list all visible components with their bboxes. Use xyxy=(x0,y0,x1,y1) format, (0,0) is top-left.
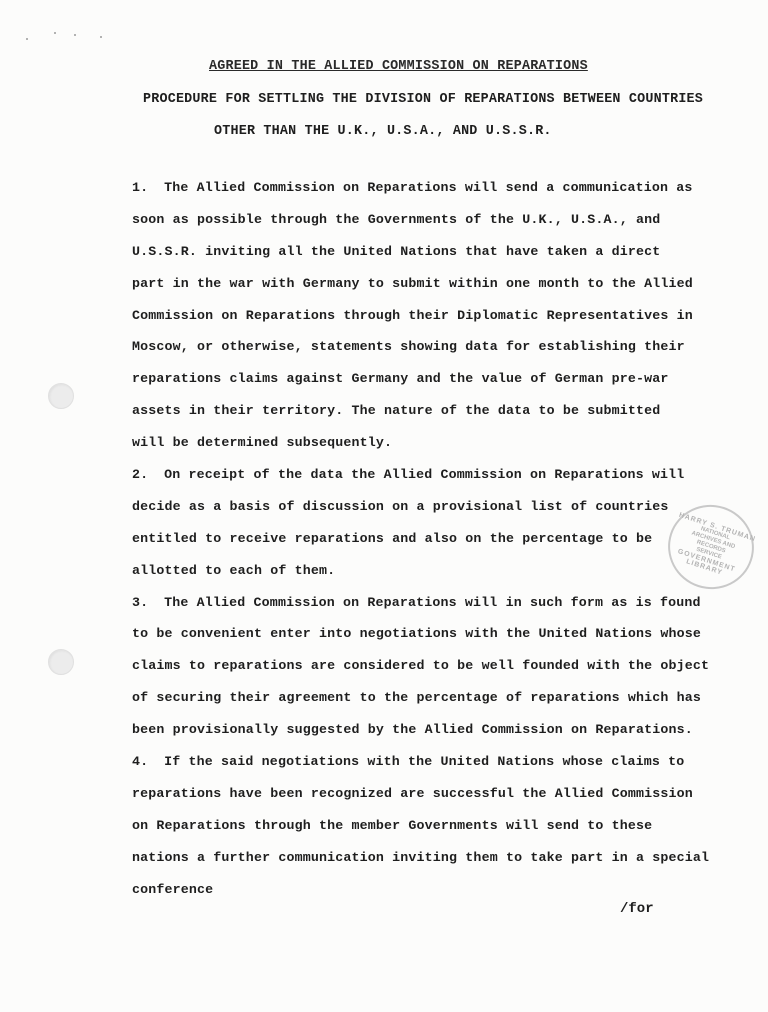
paper-marks xyxy=(24,30,104,50)
punch-hole-bottom xyxy=(48,649,74,675)
text-line: on Reparations through the member Govern… xyxy=(132,810,692,842)
paragraph-2: 2. On receipt of the data the Allied Com… xyxy=(132,459,692,587)
header-title: PROCEDURE FOR SETTLING THE DIVISION OF R… xyxy=(143,92,703,107)
paragraph-number: 2. xyxy=(132,459,156,491)
text-line: Commission on Reparations through their … xyxy=(132,300,692,332)
text-line: soon as possible through the Governments… xyxy=(132,204,692,236)
text-line: reparations claims against Germany and t… xyxy=(132,363,692,395)
text-line: been provisionally suggested by the Alli… xyxy=(132,714,692,746)
header-subtitle: OTHER THAN THE U.K., U.S.A., AND U.S.S.R… xyxy=(214,124,552,139)
text-line: Moscow, or otherwise, statements showing… xyxy=(132,331,692,363)
paragraph-number: 3. xyxy=(132,587,156,619)
text-line: of securing their agreement to the perce… xyxy=(132,682,692,714)
text-line: 2. On receipt of the data the Allied Com… xyxy=(132,459,692,491)
text-line: nations a further communication inviting… xyxy=(132,842,692,874)
continuation-marker: /for xyxy=(620,901,654,917)
paragraph-number: 4. xyxy=(132,746,156,778)
document-body: 1. The Allied Commission on Reparations … xyxy=(132,172,692,905)
text-line: 3. The Allied Commission on Reparations … xyxy=(132,587,692,619)
text-line: U.S.S.R. inviting all the United Nations… xyxy=(132,236,692,268)
text-line: decide as a basis of discussion on a pro… xyxy=(132,491,692,523)
text-line: 1. The Allied Commission on Reparations … xyxy=(132,172,692,204)
paragraph-number: 1. xyxy=(132,172,156,204)
document-page: AGREED IN THE ALLIED COMMISSION ON REPAR… xyxy=(0,0,768,1012)
header-agreed: AGREED IN THE ALLIED COMMISSION ON REPAR… xyxy=(209,59,588,74)
punch-hole-top xyxy=(48,383,74,409)
paragraph-3: 3. The Allied Commission on Reparations … xyxy=(132,587,692,746)
text-line: to be convenient enter into negotiations… xyxy=(132,618,692,650)
text-line: conference xyxy=(132,874,692,906)
paragraph-4: 4. If the said negotiations with the Uni… xyxy=(132,746,692,905)
text-line: will be determined subsequently. xyxy=(132,427,692,459)
text-line: part in the war with Germany to submit w… xyxy=(132,268,692,300)
text-line: entitled to receive reparations and also… xyxy=(132,523,692,555)
paragraph-1: 1. The Allied Commission on Reparations … xyxy=(132,172,692,459)
text-line: 4. If the said negotiations with the Uni… xyxy=(132,746,692,778)
text-line: assets in their territory. The nature of… xyxy=(132,395,692,427)
text-line: reparations have been recognized are suc… xyxy=(132,778,692,810)
text-line: allotted to each of them. xyxy=(132,555,692,587)
text-line: claims to reparations are considered to … xyxy=(132,650,692,682)
